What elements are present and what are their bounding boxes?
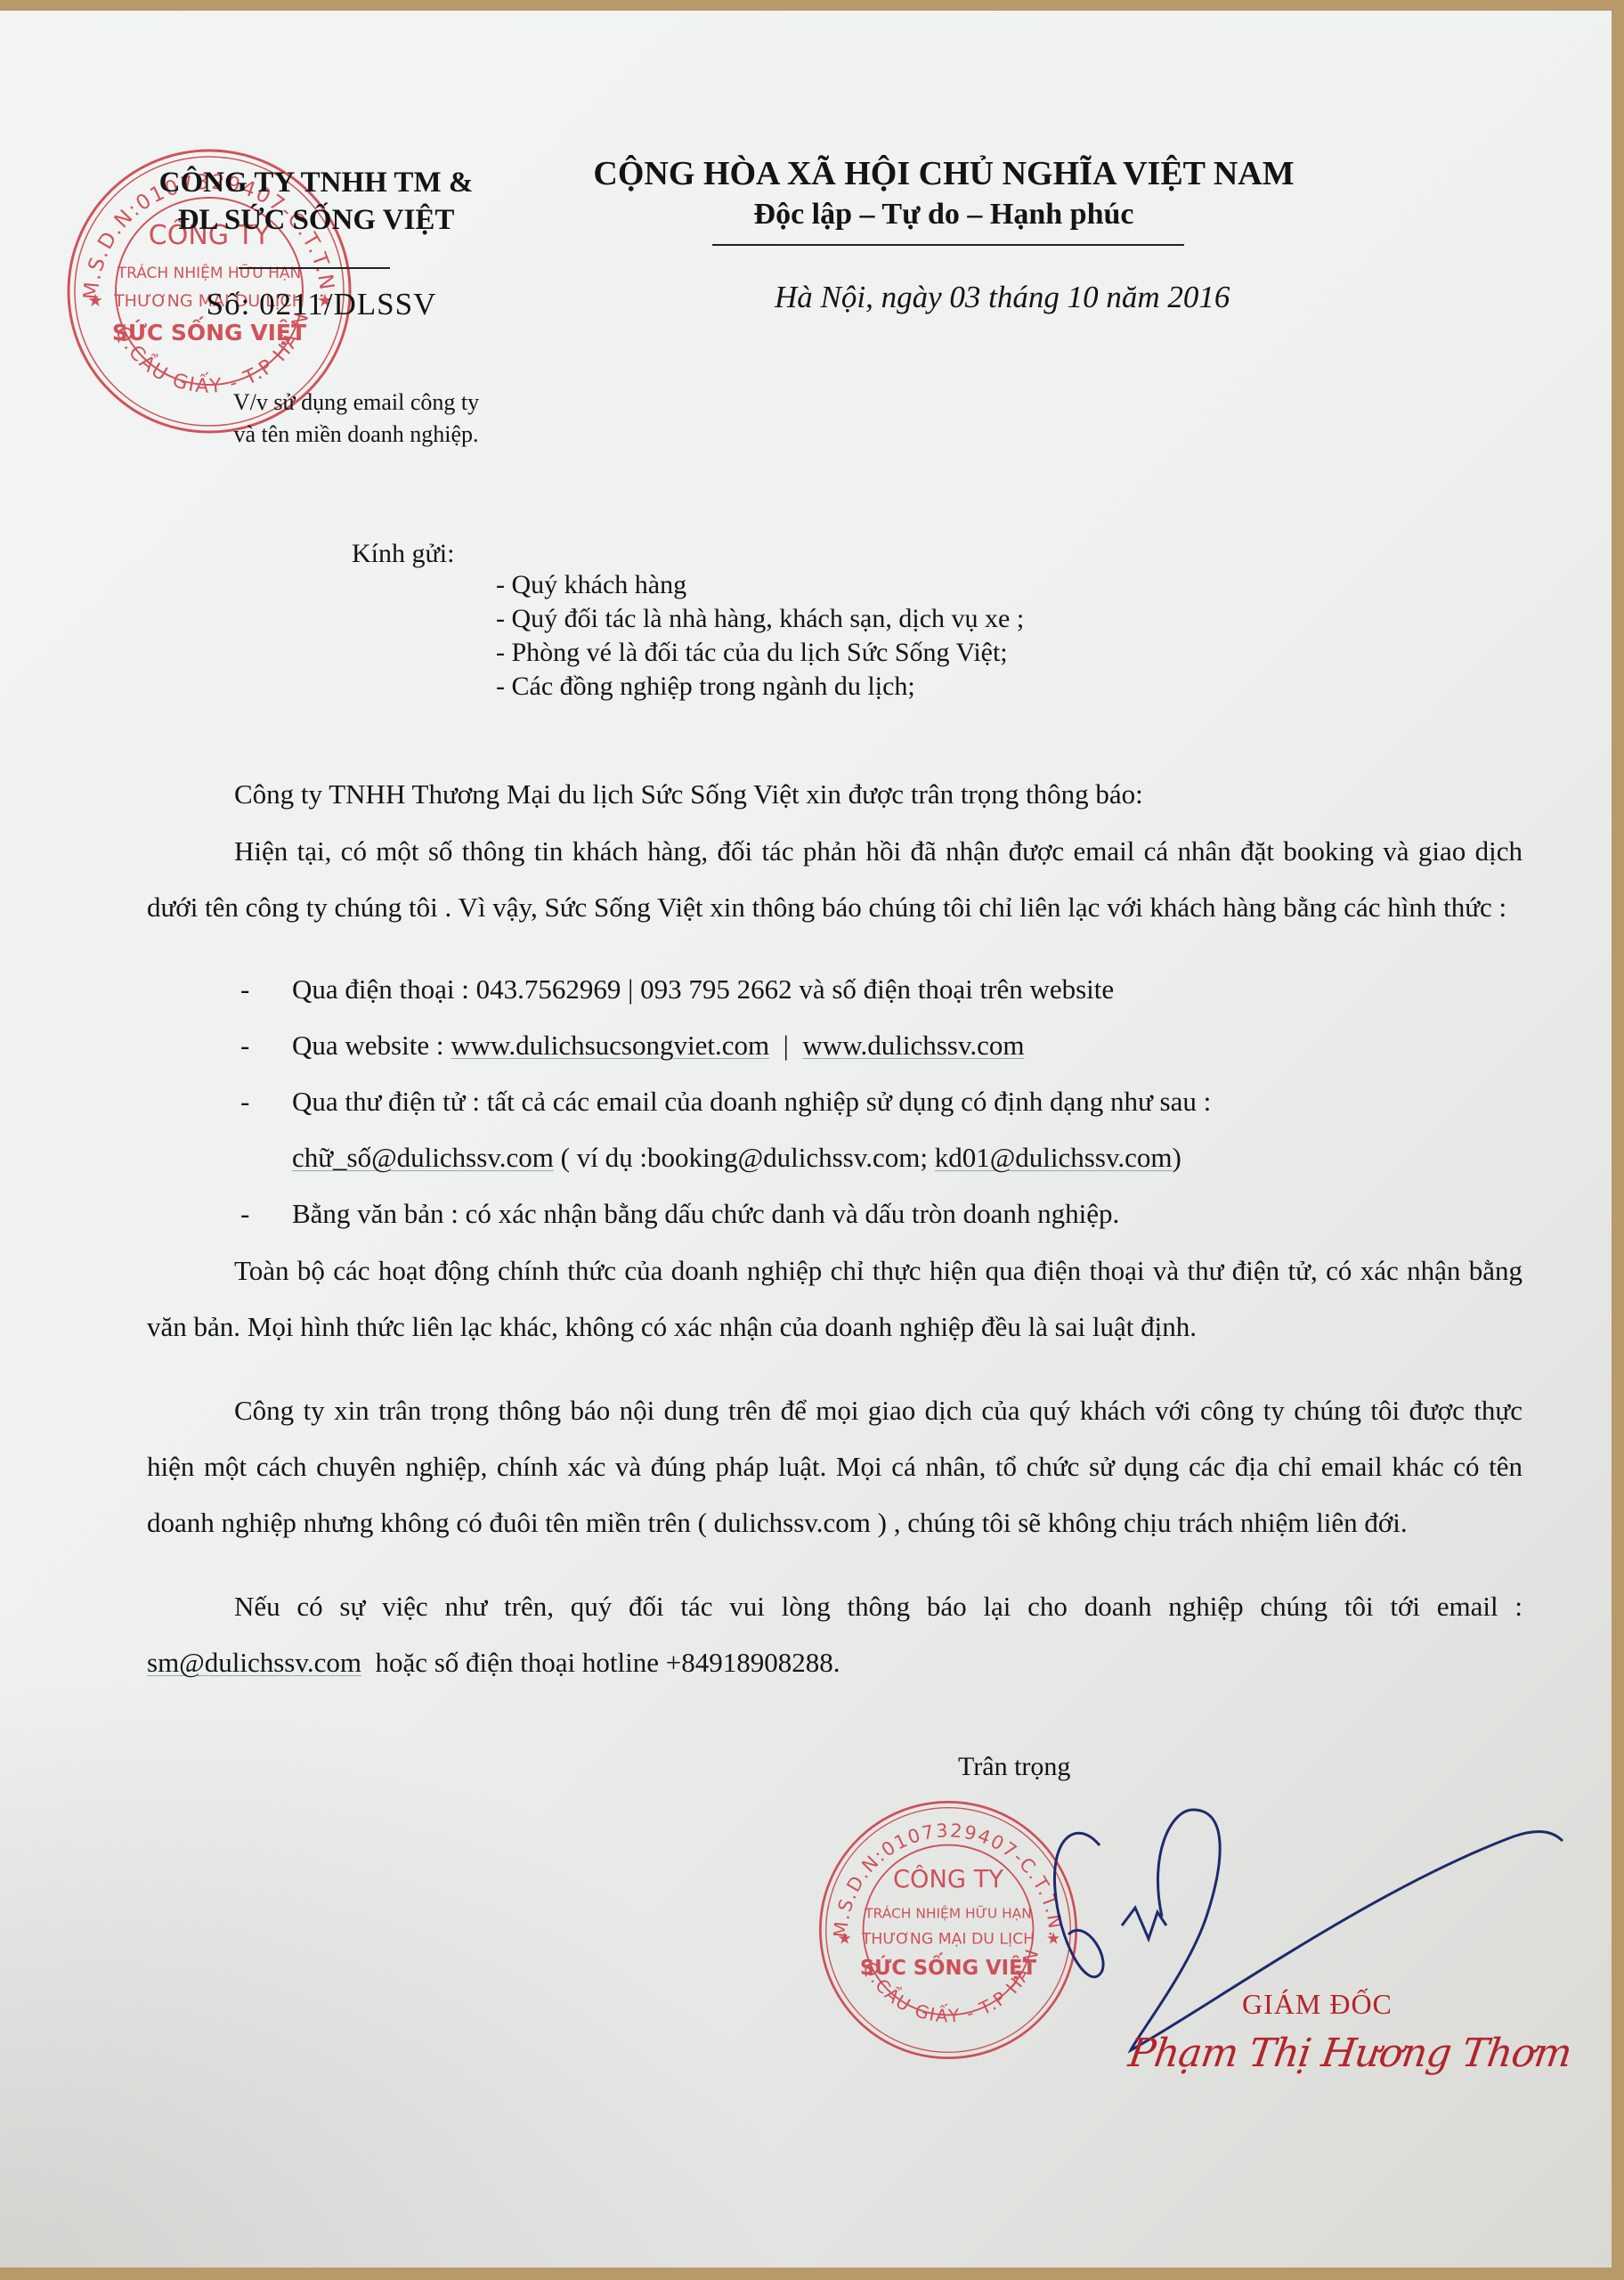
header-divider-left <box>239 267 390 269</box>
national-motto: Độc lập – Tự do – Hạnh phúc <box>534 196 1353 233</box>
closing-regards: Trân trọng <box>958 1752 1070 1782</box>
svg-text:SỨC SỐNG VIỆT: SỨC SỐNG VIỆT <box>860 1952 1037 1980</box>
example-email-1[interactable]: booking@dulichssv.com <box>647 1142 920 1173</box>
document-subject: V/v sử dụng email công ty và tên miền do… <box>214 387 499 451</box>
paragraph-4: Nếu có sự việc như trên, quý đối tác vui… <box>147 1578 1522 1690</box>
svg-text:TRÁCH NHIỆM HỮU HẠN: TRÁCH NHIỆM HỮU HẠN <box>864 1904 1032 1921</box>
signer-name: Phạm Thị Hương Thơm <box>1125 2031 1573 2076</box>
document-number: Số: 0211/DLSSV <box>175 287 468 322</box>
letter-paper: M.S.D.N:0107329407-C.T.T.N.H.H Q.CẦU GIẤ… <box>0 11 1612 2268</box>
svg-text:★: ★ <box>87 289 103 311</box>
phone-number-2: 093 795 2662 <box>640 973 792 1005</box>
addressee-item: - Các đồng nghiệp trong ngành du lịch; <box>496 672 1024 705</box>
channel-website: - Qua website : www.dulichsucsongviet.co… <box>231 1017 1522 1073</box>
document-date: Hà Nội, ngày 03 tháng 10 năm 2016 <box>775 280 1451 315</box>
svg-text:TRÁCH NHIỆM HỮU HẠN: TRÁCH NHIỆM HỮU HẠN <box>117 263 302 282</box>
addressee-item: - Quý đối tác là nhà hàng, khách sạn, dị… <box>496 604 1024 638</box>
email-format[interactable]: chữ_số@dulichssv.com <box>292 1142 554 1173</box>
phone-number-1: 043.7562969 <box>476 973 621 1005</box>
national-title: CỘNG HÒA XÃ HỘI CHỦ NGHĨA VIỆT NAM <box>534 153 1353 194</box>
addressee-label: Kính gửi: <box>352 536 454 572</box>
svg-text:CÔNG TY: CÔNG TY <box>893 1864 1003 1893</box>
motto-underline <box>712 244 1184 246</box>
addressee-list: - Quý khách hàng - Quý đối tác là nhà hà… <box>496 570 1024 705</box>
channel-phone: - Qua điện thoại : 043.7562969 | 093 795… <box>231 961 1522 1017</box>
paragraph-1: Hiện tại, có một số thông tin khách hàng… <box>147 823 1522 935</box>
contact-channel-list: - Qua điện thoại : 043.7562969 | 093 795… <box>231 961 1522 1242</box>
signer-title: GIÁM ĐỐC <box>1242 1988 1393 2021</box>
addressee-item: - Phòng vé là đối tác của du lịch Sức Số… <box>496 638 1024 672</box>
svg-text:THƯƠNG MẠI DU LỊCH: THƯƠNG MẠI DU LỊCH <box>861 1930 1035 1948</box>
hotline-email[interactable]: sm@dulichssv.com <box>147 1647 361 1678</box>
organization-name: CÔNG TY TNHH TM & ĐL SỨC SỐNG VIỆT <box>125 164 507 239</box>
website-link-2[interactable]: www.dulichssv.com <box>802 1030 1024 1061</box>
website-link-1[interactable]: www.dulichsucsongviet.com <box>451 1030 769 1061</box>
example-email-2[interactable]: kd01@dulichssv.com <box>935 1142 1173 1173</box>
paragraph-2: Toàn bộ các hoạt động chính thức của doa… <box>147 1242 1522 1355</box>
channel-written: - Bằng văn bản : có xác nhận bằng dấu ch… <box>231 1185 1522 1242</box>
paragraph-3: Công ty xin trân trọng thông báo nội dun… <box>147 1382 1522 1551</box>
addressee-item: - Quý khách hàng <box>496 570 1024 604</box>
intro-paragraph: Công ty TNHH Thương Mại du lịch Sức Sống… <box>147 766 1522 822</box>
svg-text:★: ★ <box>837 1929 851 1948</box>
channel-email: - Qua thư điện tử : tất cả các email của… <box>231 1073 1522 1185</box>
